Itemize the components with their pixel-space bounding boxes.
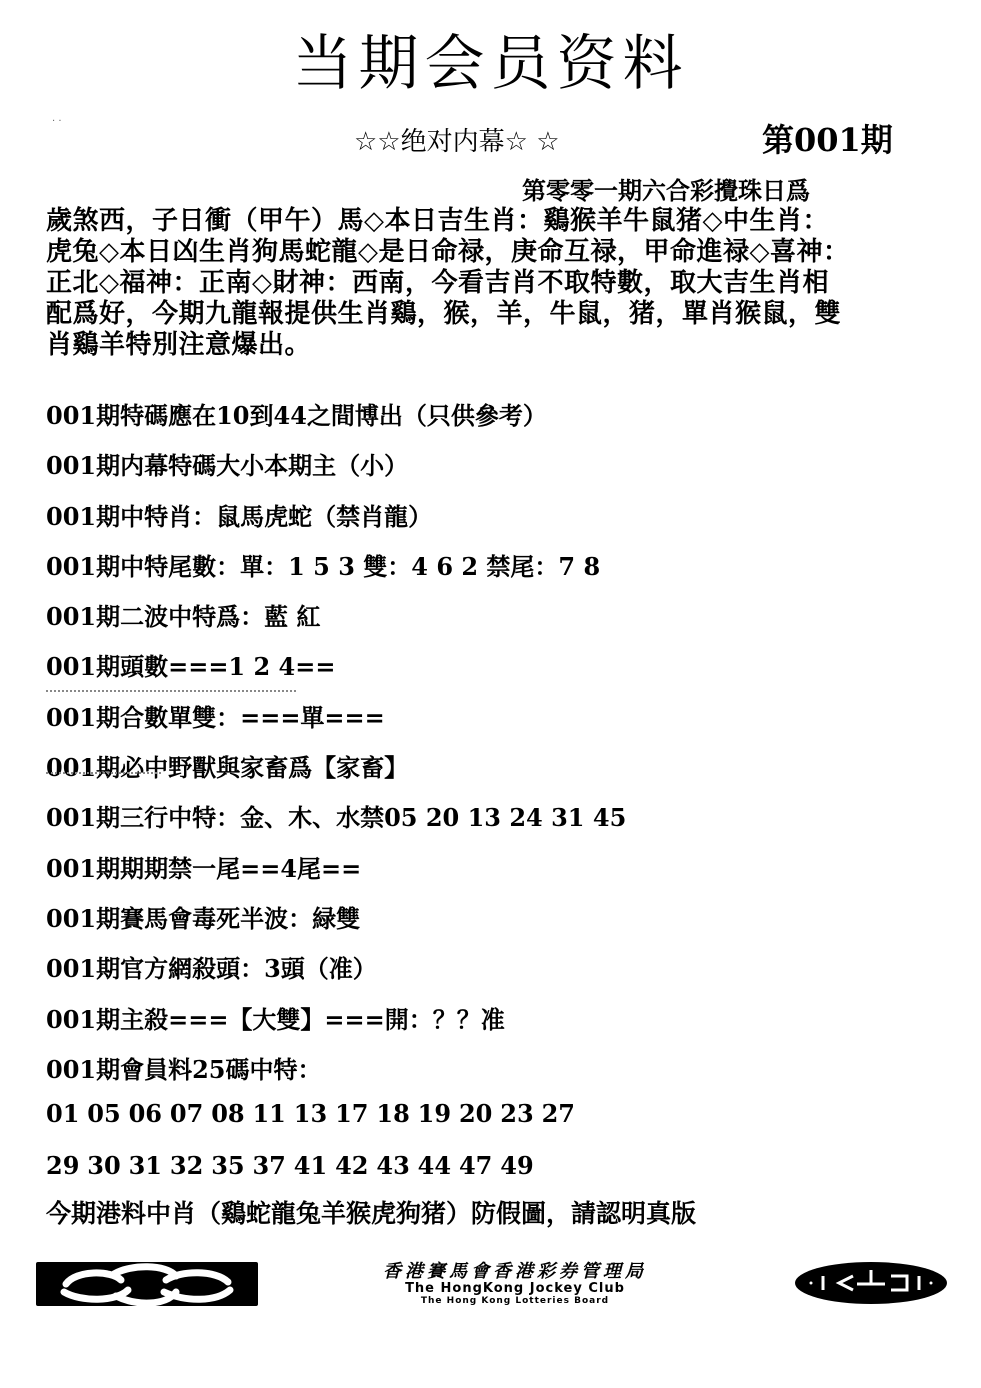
subtitle: ☆☆绝对内幕☆ ☆ <box>354 126 560 158</box>
jockey-club-logo-left <box>36 1262 258 1306</box>
number-row-1: 01050607081113171819202327 <box>46 1094 583 1146</box>
number: 44 <box>418 1146 459 1186</box>
number: 13 <box>294 1094 335 1134</box>
prediction-kill-head: 001期官方網殺頭：3頭（准） <box>46 949 946 999</box>
prediction-size: 001期内幕特碼大小本期主（小） <box>46 446 946 496</box>
number: 32 <box>170 1146 211 1186</box>
intro-paragraph: 歲煞西，子日衝（甲午）馬◇本日吉生肖：鷄猴羊牛鼠猪◇中生肖： 虎兔◇本日凶生肖狗… <box>46 206 886 361</box>
linked-rings-icon <box>36 1262 258 1306</box>
number-row-2: 293031323537414243444749 <box>46 1146 583 1198</box>
number: 29 <box>46 1146 87 1186</box>
number: 27 <box>542 1094 583 1134</box>
intro-line: 正北◇福神：正南◇財神：西南，今看吉肖不取特數，取大吉生肖相 <box>46 268 886 299</box>
corner-dots: · · <box>52 116 62 127</box>
prediction-wave-color: 001期二波中特爲：藍 紅 <box>46 597 946 647</box>
number: 19 <box>418 1094 459 1134</box>
number: 42 <box>335 1146 376 1186</box>
number: 23 <box>500 1094 541 1134</box>
number: 18 <box>376 1094 417 1134</box>
number: 05 <box>87 1094 128 1134</box>
intro-line: 歲煞西，子日衝（甲午）馬◇本日吉生肖：鷄猴羊牛鼠猪◇中生肖： <box>46 206 886 237</box>
intro-line: 配爲好，今期九龍報提供生肖鷄，猴，羊，牛鼠，猪，單肖猴鼠，雙 <box>46 299 886 330</box>
prediction-tail-numbers: 001期中特尾數：單：1 5 3 雙：4 6 2 禁尾：7 8 <box>46 547 946 597</box>
noise-line <box>46 772 161 776</box>
intro-line: 虎兔◇本日凶生肖狗馬蛇龍◇是日命禄，庚命互禄，甲命進禄◇喜神： <box>46 237 886 268</box>
wordmark-chinese: 香港賽馬會香港彩券管理局 <box>290 1262 740 1282</box>
number: 47 <box>459 1146 500 1186</box>
prediction-three-elements: 001期三行中特：金、木、水禁05 20 13 24 31 45 <box>46 798 946 848</box>
lotteries-board-logo-right <box>795 1262 947 1304</box>
number: 20 <box>459 1094 500 1134</box>
number: 17 <box>335 1094 376 1134</box>
number: 43 <box>376 1146 417 1186</box>
prediction-zodiac: 001期中特肖：鼠馬虎蛇（禁肖龍） <box>46 497 946 547</box>
number: 11 <box>252 1094 293 1134</box>
number: 41 <box>294 1146 335 1186</box>
draw-heading: 第零零一期六合彩攪珠日爲 <box>522 174 810 208</box>
number: 06 <box>129 1094 170 1134</box>
number: 35 <box>211 1146 252 1186</box>
prediction-25-numbers-label: 001期會員料25碼中特： <box>46 1050 946 1100</box>
number: 49 <box>500 1146 541 1186</box>
number: 37 <box>252 1146 293 1186</box>
noise-line <box>46 690 296 694</box>
document-title: 当期会员资料 <box>0 28 981 100</box>
prediction-banned-tail: 001期期期禁一尾==4尾== <box>46 849 946 899</box>
prediction-odd-even: 001期合數單雙：===單=== <box>46 698 946 748</box>
prediction-main-kill: 001期主殺===【大雙】===開：？？准 <box>46 1000 946 1050</box>
oval-emblem-icon <box>795 1262 947 1304</box>
member-numbers: 01050607081113171819202327 2930313235374… <box>46 1094 583 1198</box>
number: 01 <box>46 1094 87 1134</box>
prediction-beast-domestic: 001期必中野獸與家畜爲【家畜】 <box>46 748 946 798</box>
prediction-special-range: 001期特碼應在10到44之間博出（只供參考） <box>46 396 946 446</box>
period-label: 第001期 <box>762 120 893 160</box>
prediction-half-wave: 001期賽馬會毒死半波：緑雙 <box>46 899 946 949</box>
anti-counterfeit-note: 今期港料中肖（鷄蛇龍兔羊猴虎狗猪）防假圖，請認明真版 <box>46 1194 696 1234</box>
intro-line: 肖鷄羊特別注意爆出。 <box>46 330 886 361</box>
prediction-list: 001期特碼應在10到44之間博出（只供參考） 001期内幕特碼大小本期主（小）… <box>46 396 946 1100</box>
wordmark-english: The HongKong Jockey Club <box>290 1282 740 1296</box>
jockey-club-wordmark: 香港賽馬會香港彩券管理局 The HongKong Jockey Club Th… <box>290 1262 740 1306</box>
wordmark-english-sub: The Hong Kong Lotteries Board <box>290 1296 740 1306</box>
number: 31 <box>129 1146 170 1186</box>
number: 30 <box>87 1146 128 1186</box>
number: 07 <box>170 1094 211 1134</box>
number: 08 <box>211 1094 252 1134</box>
